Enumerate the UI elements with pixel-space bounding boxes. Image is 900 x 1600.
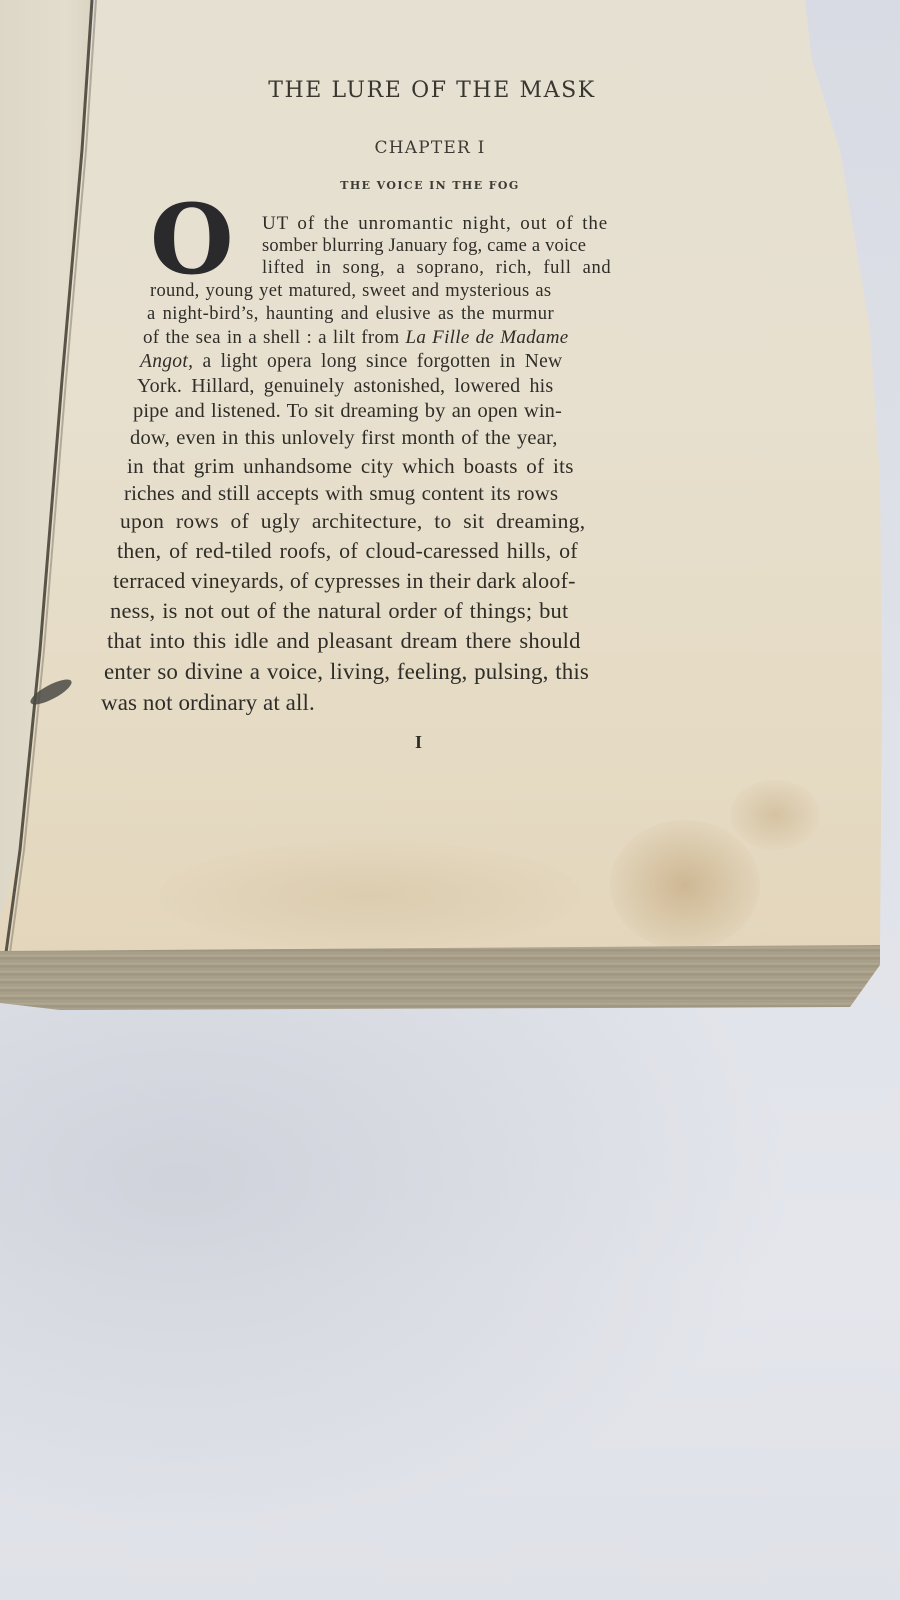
body-line: UT of the unromantic night, out of the xyxy=(262,213,608,235)
chapter-subtitle: THE VOICE IN THE FOG xyxy=(290,179,570,192)
body-line: of the sea in a shell : a lilt from La F… xyxy=(143,327,568,349)
body-line: that into this idle and pleasant dream t… xyxy=(107,628,581,654)
body-line: lifted in song, a soprano, rich, full an… xyxy=(262,258,611,279)
page-number: I xyxy=(415,732,422,753)
body-line: York. Hillard, genuinely astonished, low… xyxy=(137,375,553,398)
body-line: round, young yet matured, sweet and myst… xyxy=(150,281,551,302)
body-line: a night-bird’s, haunting and elusive as … xyxy=(147,304,554,325)
table-surface xyxy=(0,1000,900,1600)
opera-title-italic: Angot, xyxy=(140,351,193,372)
page-text: THE LURE OF THE MASK CHAPTER I THE VOICE… xyxy=(0,0,900,960)
body-line-text: of the sea in a shell : a lilt from xyxy=(143,327,405,348)
body-line: somber blurring January fog, came a voic… xyxy=(262,236,586,257)
body-line: terraced vineyards, of cypresses in thei… xyxy=(113,568,576,594)
chapter-heading: CHAPTER I xyxy=(330,138,530,158)
drop-cap: O xyxy=(150,192,234,288)
opera-title-italic: La Fille de Madame xyxy=(405,327,568,348)
running-title: THE LURE OF THE MASK xyxy=(222,78,642,103)
body-line: then, of red-tiled roofs, of cloud-cares… xyxy=(117,538,578,564)
body-line: enter so divine a voice, living, feeling… xyxy=(104,659,589,685)
body-line: pipe and listened. To sit dreaming by an… xyxy=(133,400,562,423)
body-line: was not ordinary at all. xyxy=(101,690,315,716)
body-line: Angot, a light opera long since forgotte… xyxy=(140,351,562,373)
body-line-text: a light opera long since forgotten in Ne… xyxy=(193,351,562,372)
body-line: dow, even in this unlovely first month o… xyxy=(130,427,558,450)
body-line: riches and still accepts with smug conte… xyxy=(124,481,558,506)
body-line: in that grim unhandsome city which boast… xyxy=(127,454,574,479)
body-line: upon rows of ugly architecture, to sit d… xyxy=(120,509,585,534)
body-line: ness, is not out of the natural order of… xyxy=(110,598,568,624)
